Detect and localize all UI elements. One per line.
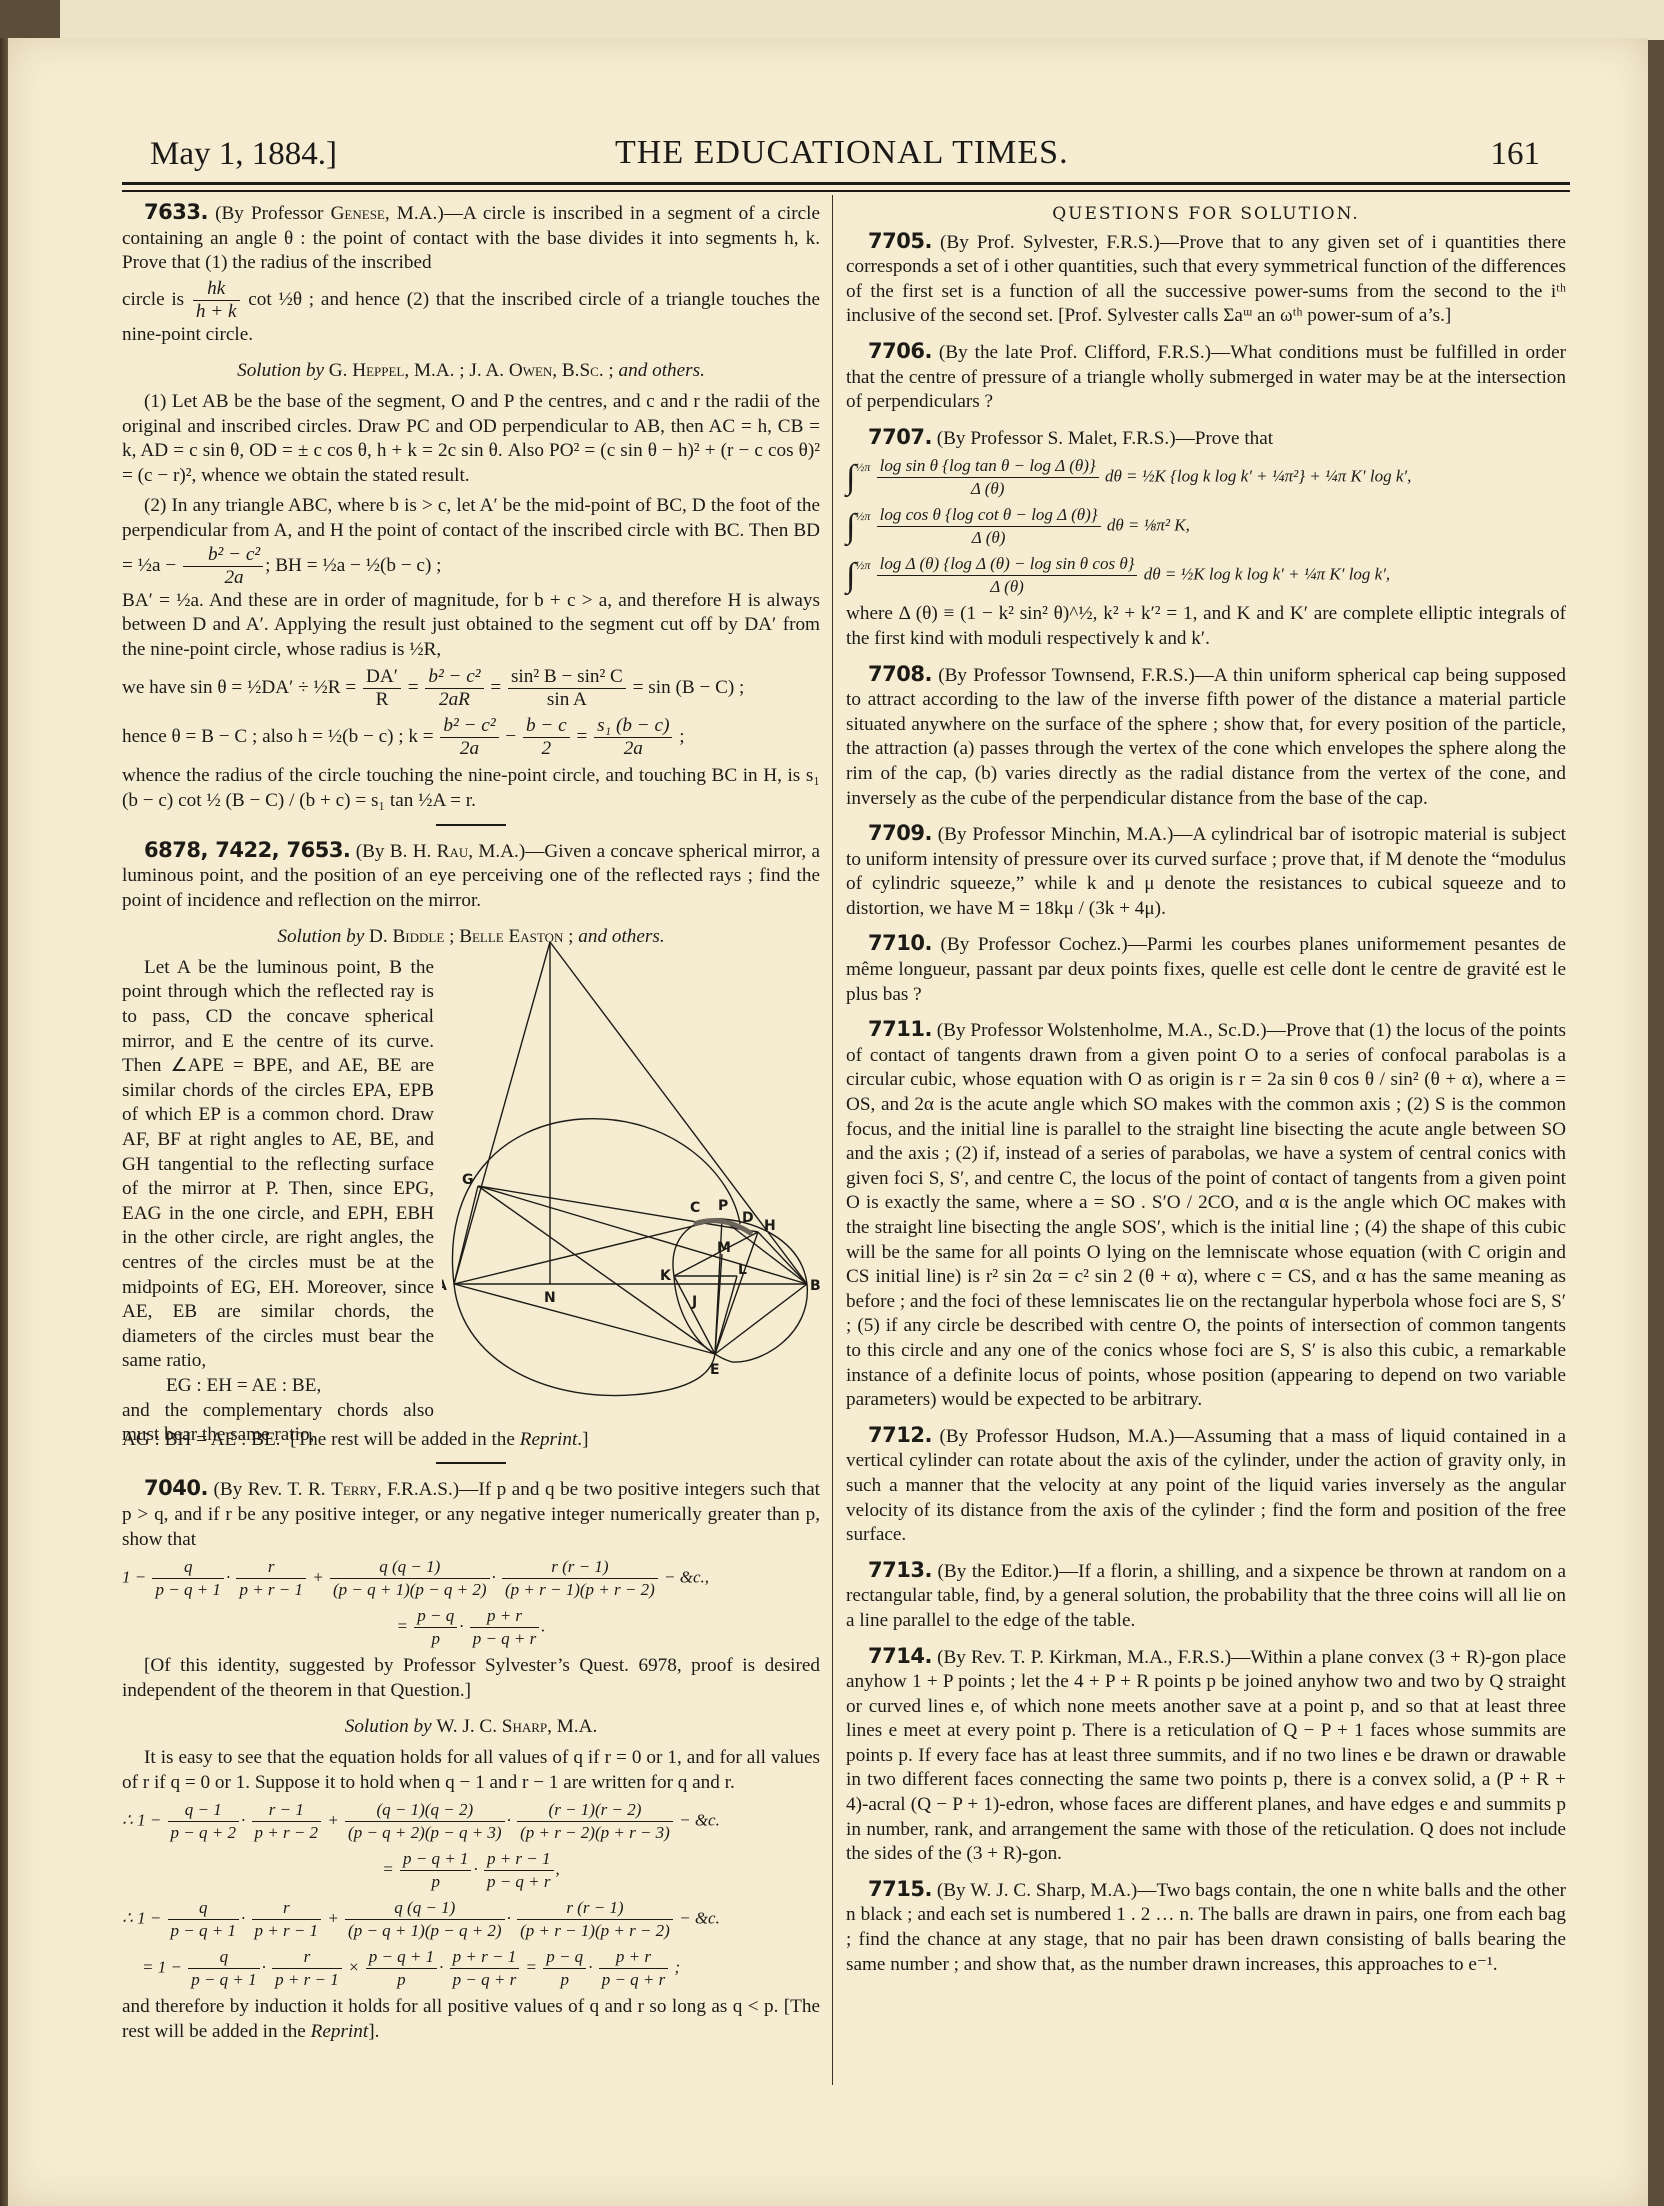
question-number: 7715. [868, 1877, 932, 1901]
author-name: Rau [437, 841, 469, 862]
header-rule-thick [122, 182, 1570, 185]
header-rule-thin [122, 190, 1570, 192]
question-number: 7709. [868, 821, 932, 845]
svg-text:F: F [544, 934, 554, 938]
question-7708: 7708. (By Professor Townsend, F.R.S.)—A … [846, 662, 1566, 812]
running-head: May 1, 1884.] THE EDUCATIONAL TIMES. 161 [120, 130, 1570, 176]
section-title: QUESTIONS FOR SOLUTION. [846, 202, 1566, 227]
equation: ∴ 1 − q − 1p − q + 2· r − 1p + r − 2 + (… [122, 1799, 820, 1844]
question-text: (By Professor Townsend, F.R.S.)—A thin u… [846, 665, 1566, 809]
column-divider [832, 195, 833, 2085]
question-text: (By Professor Wolstenholme, M.A., Sc.D.)… [846, 1020, 1566, 1410]
editorial-note: [Of this identity, suggested by Professo… [122, 1654, 820, 1703]
integral-sign: ∫ [846, 510, 855, 544]
integral-equation-2: ∫½π log cos θ {log cot θ − log Δ (θ)}Δ (… [846, 504, 1566, 549]
question-number: 7708. [868, 662, 932, 686]
question-7710: 7710. (By Professor Cochez.)—Parmi les c… [846, 931, 1566, 1007]
svg-text:D: D [742, 1210, 754, 1226]
question-7705: 7705. (By Prof. Sylvester, F.R.S.)—Prove… [846, 229, 1566, 329]
svg-text:C: C [690, 1200, 700, 1216]
question-number: 7713. [868, 1558, 932, 1582]
solution-paragraph: It is easy to see that the equation hold… [122, 1746, 820, 1795]
question-7715: 7715. (By W. J. C. Sharp, M.A.)—Two bags… [846, 1877, 1566, 1977]
svg-text:H: H [764, 1218, 776, 1234]
solution-heading: Solution by W. J. C. Sharp, M.A. [122, 1715, 820, 1740]
question-7712: 7712. (By Professor Hudson, M.A.)—Assumi… [846, 1423, 1566, 1548]
equation: hence θ = B − C ; also h = ½(b − c) ; k … [122, 715, 820, 760]
question-text: (By Professor S. Malet, F.R.S.)—Prove th… [937, 428, 1273, 449]
publication-title: THE EDUCATIONAL TIMES. [615, 134, 1069, 172]
question-7711: 7711. (By Professor Wolstenholme, M.A., … [846, 1017, 1566, 1413]
svg-text:B: B [810, 1278, 821, 1294]
page-number: 161 [1491, 136, 1541, 173]
question-text: (By Professor Hudson, M.A.)—Assuming tha… [846, 1426, 1566, 1545]
figure-with-text: Let A be the luminous point, B the point… [122, 956, 820, 1428]
question-number: 7710. [868, 931, 932, 955]
integral-equation-3: ∫½π log Δ (θ) {log Δ (θ) − log sin θ cos… [846, 553, 1566, 598]
svg-text:E: E [710, 1362, 720, 1378]
equation: we have sin θ = ½DA′ ÷ ½R = DA′R = b² − … [122, 666, 820, 711]
identity-equation: 1 − qp − q + 1· rp + r − 1 + q (q − 1)(p… [122, 1556, 820, 1601]
question-7706: 7706. (By the late Prof. Clifford, F.R.S… [846, 339, 1566, 415]
question-7713: 7713. (By the Editor.)—If a florin, a sh… [846, 1558, 1566, 1634]
solution-paragraph: whence the radius of the circle touching… [122, 764, 820, 813]
question-number: 7711. [868, 1017, 932, 1041]
svg-text:K: K [660, 1268, 672, 1284]
ratio-statement: EG : EH = AE : BE, [122, 1374, 434, 1399]
question-7709: 7709. (By Professor Minchin, M.A.)—A cyl… [846, 821, 1566, 921]
integral-equation-1: ∫½π log sin θ {log tan θ − log Δ (θ)}Δ (… [846, 455, 1566, 500]
svg-text:J: J [691, 1294, 697, 1310]
section-rule [436, 1462, 506, 1464]
integral-sign: ∫ [846, 559, 855, 593]
question-text: (By Professor Minchin, M.A.)—A cylindric… [846, 824, 1566, 919]
question-number: 6878, 7422, 7653. [144, 838, 350, 862]
svg-text:G: G [462, 1172, 474, 1188]
question-number: 7705. [868, 229, 932, 253]
right-column: QUESTIONS FOR SOLUTION. 7705. (By Prof. … [846, 196, 1566, 1987]
integral-sign: ∫ [846, 461, 855, 495]
question-text: (By Rev. T. P. Kirkman, M.A., F.R.S.)—Wi… [846, 1647, 1566, 1865]
fraction: hkh + k [193, 278, 240, 323]
underlying-page-edge [60, 0, 1664, 40]
question-6878: 6878, 7422, 7653. (By B. H. Rau, M.A.)—G… [122, 838, 820, 1453]
question-number: 7633. [144, 200, 208, 224]
question-text: (By W. J. C. Sharp, M.A.)—Two bags conta… [846, 1880, 1566, 1975]
question-text: (By the Editor.)—If a florin, a shilling… [846, 1561, 1566, 1631]
solution-paragraph: Let A be the luminous point, B the point… [122, 956, 434, 1374]
conclusion-paragraph: and therefore by induction it holds for … [122, 1995, 820, 2044]
author-name: Terry [331, 1479, 377, 1500]
question-text: (By Professor Cochez.)—Parmi les courbes… [846, 934, 1566, 1004]
equation: ∴ 1 − qp − q + 1· rp + r − 1 + q (q − 1)… [122, 1897, 820, 1942]
question-number: 7712. [868, 1423, 932, 1447]
question-7707: 7707. (By Professor S. Malet, F.R.S.)—Pr… [846, 425, 1566, 652]
solution-paragraph: BA′ = ½a. And these are in order of magn… [122, 589, 820, 663]
solution-heading: Solution by G. Heppel, M.A. ; J. A. Owen… [122, 359, 820, 384]
author-name: Genese [331, 203, 385, 224]
svg-text:L: L [738, 1262, 747, 1278]
question-text: (By the late Prof. Clifford, F.R.S.)—Wha… [846, 342, 1566, 412]
question-number: 7707. [868, 425, 932, 449]
mirror-reflection-diagram: F G C P D H M K L A N J B E [442, 934, 822, 1404]
question-number: 7040. [144, 1476, 208, 1500]
svg-text:N: N [544, 1290, 556, 1306]
definition-text: where Δ (θ) ≡ (1 − k² sin² θ)^½, k² + k′… [846, 602, 1566, 651]
section-rule [436, 824, 506, 826]
solution-paragraph: and the complementary chords also must b… [122, 1399, 434, 1448]
svg-text:M: M [717, 1240, 731, 1256]
equation: = 1 − qp − q + 1· rp + r − 1 × p − q + 1… [122, 1946, 820, 1991]
solution-paragraph: (1) Let AB be the base of the segment, O… [122, 390, 820, 488]
question-number: 7714. [868, 1644, 932, 1668]
question-text: (By Prof. Sylvester, F.R.S.)—Prove that … [846, 232, 1566, 327]
question-7633: 7633. (By Professor Genese, M.A.)—A circ… [122, 200, 820, 814]
svg-text:A: A [442, 1278, 447, 1294]
left-column: 7633. (By Professor Genese, M.A.)—A circ… [122, 196, 820, 2054]
question-number: 7706. [868, 339, 932, 363]
svg-text:P: P [718, 1198, 728, 1214]
question-7040: 7040. (By Rev. T. R. Terry, F.R.A.S.)—If… [122, 1476, 820, 2044]
issue-date: May 1, 1884.] [150, 136, 337, 173]
question-7714: 7714. (By Rev. T. P. Kirkman, M.A., F.R.… [846, 1644, 1566, 1867]
